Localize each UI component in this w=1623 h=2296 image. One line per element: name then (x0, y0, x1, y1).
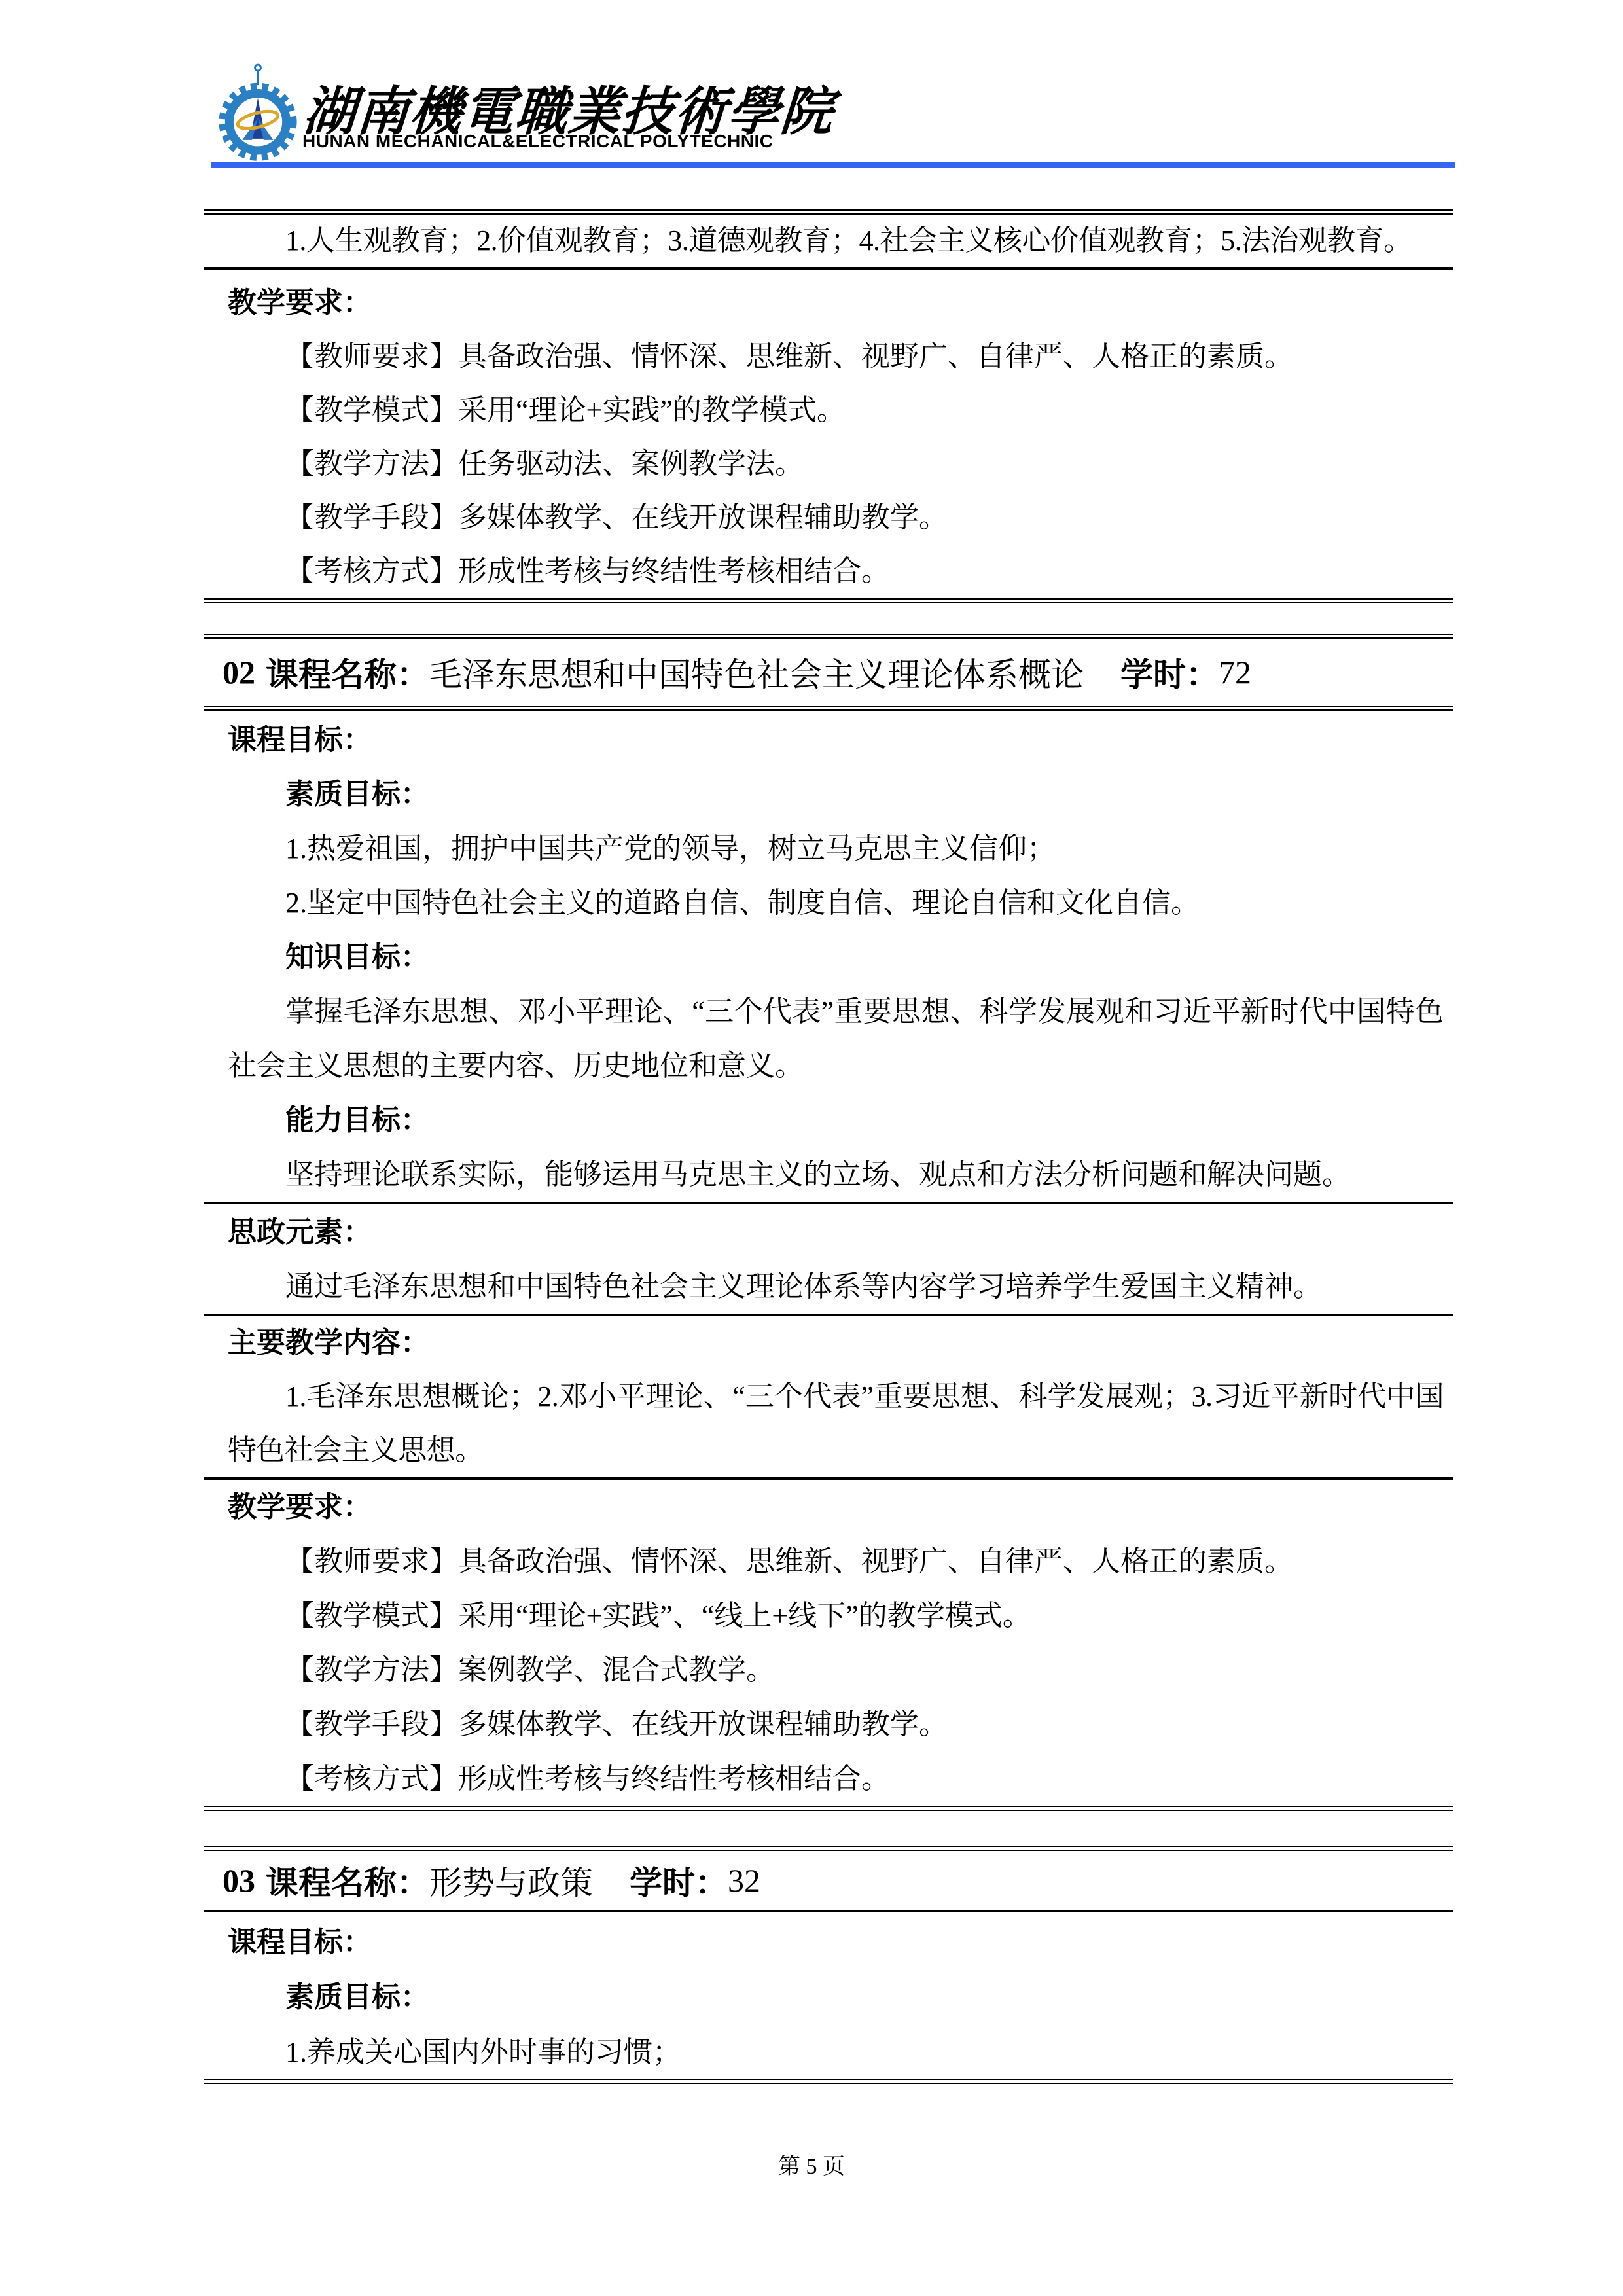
knowledge-goal-label: 知识目标： (228, 930, 1444, 984)
course-name: 形势与政策 (429, 1857, 593, 1904)
assessment-method-item: 【考核方式】形成性考核与终结性考核相结合。 (228, 1751, 1444, 1806)
teaching-requirements-label: 教学要求： (228, 1480, 1444, 1534)
course-number: 03 (223, 1861, 255, 1899)
course-01-teaching-requirements-row: 教学要求： 【教师要求】具备政治强、情怀深、思维新、视野广、自律严、人格正的素质… (204, 270, 1453, 598)
course-name: 毛泽东思想和中国特色社会主义理论体系概论 (429, 649, 1084, 696)
quality-goal-label: 素质目标： (228, 1970, 1444, 2025)
teaching-mode-item: 【教学模式】采用“理论+实践”的教学模式。 (228, 384, 1444, 437)
knowledge-goal-text: 掌握毛泽东思想、邓小平理论、“三个代表”重要思想、科学发展观和习近平新时代中国特… (228, 984, 1444, 1093)
course-02-goals-row: 课程目标： 素质目标： 1.热爱祖国，拥护中国共产党的领导，树立马克思主义信仰；… (204, 711, 1453, 1202)
main-content-label: 主要教学内容： (228, 1316, 1444, 1370)
row-divider (204, 706, 1453, 711)
course-number: 02 (223, 653, 255, 691)
course-hours-value: 32 (728, 1861, 760, 1899)
course-03-title-row: 03课程名称：形势与政策学时：32 (204, 1851, 1453, 1910)
assessment-method-item: 【考核方式】形成性考核与终结性考核相结合。 (228, 545, 1444, 598)
ideology-label: 思政元素： (228, 1205, 1444, 1259)
teacher-requirement-item: 【教师要求】具备政治强、情怀深、思维新、视野广、自律严、人格正的素质。 (228, 1534, 1444, 1588)
main-content-text: 1.毛泽东思想概论；2.邓小平理论、“三个代表”重要思想、科学发展观；3.习近平… (228, 1370, 1444, 1477)
section-divider (204, 1846, 1453, 1851)
course-02-main-content-row: 主要教学内容： 1.毛泽东思想概论；2.邓小平理论、“三个代表”重要思想、科学发… (204, 1316, 1453, 1477)
document-body: 1.人生观教育；2.价值观教育；3.道德观教育；4.社会主义核心价值观教育；5.… (204, 209, 1453, 2084)
course-01-content-list: 1.人生观教育；2.价值观教育；3.道德观教育；4.社会主义核心价值观教育；5.… (228, 224, 1412, 258)
course-02-ideology-row: 思政元素： 通过毛泽东思想和中国特色社会主义理论体系等内容学习培养学生爱国主义精… (204, 1204, 1453, 1314)
teaching-mode-item: 【教学模式】采用“理论+实践”、“线上+线下”的教学模式。 (228, 1588, 1444, 1643)
course-01-section: 1.人生观教育；2.价值观教育；3.道德观教育；4.社会主义核心价值观教育；5.… (204, 209, 1453, 603)
section-divider (204, 2079, 1453, 2084)
header-accent-bar (211, 162, 1455, 168)
school-name-english: HUNAN MECHANICAL&ELECTRICAL POLYTECHNIC (302, 131, 774, 152)
school-gear-tower-logo-icon (216, 62, 300, 162)
course-hours-value: 72 (1219, 653, 1251, 691)
teacher-requirement-item: 【教师要求】具备政治强、情怀深、思维新、视野广、自律严、人格正的素质。 (228, 330, 1444, 384)
course-name-label: 课程名称： (266, 649, 429, 696)
teaching-means-item: 【教学手段】多媒体教学、在线开放课程辅助教学。 (228, 491, 1444, 545)
course-02-title-row: 02课程名称：毛泽东思想和中国特色社会主义理论体系概论学时：72 (204, 639, 1453, 706)
quality-goal-item: 1.热爱祖国，拥护中国共产党的领导，树立马克思主义信仰； (228, 821, 1444, 876)
quality-goal-label: 素质目标： (228, 767, 1444, 821)
teaching-requirements-label: 教学要求： (228, 276, 1444, 330)
teaching-method-item: 【教学方法】任务驱动法、案例教学法。 (228, 437, 1444, 491)
ability-goal-label: 能力目标： (228, 1093, 1444, 1147)
course-02-section: 02课程名称：毛泽东思想和中国特色社会主义理论体系概论学时：72 课程目标： 素… (204, 634, 1453, 1811)
section-divider (204, 209, 1453, 215)
course-02-teaching-requirements-row: 教学要求： 【教师要求】具备政治强、情怀深、思维新、视野广、自律严、人格正的素质… (204, 1480, 1453, 1806)
teaching-means-item: 【教学手段】多媒体教学、在线开放课程辅助教学。 (228, 1697, 1444, 1751)
quality-goal-item: 2.坚定中国特色社会主义的道路自信、制度自信、理论自信和文化自信。 (228, 876, 1444, 930)
section-divider (204, 634, 1453, 639)
course-hours-label: 学时： (630, 1857, 728, 1904)
document-page: 湖南機電職業技術學院 HUNAN MECHANICAL&ELECTRICAL P… (0, 0, 1623, 2296)
section-divider (204, 598, 1453, 603)
course-01-main-content-row: 1.人生观教育；2.价值观教育；3.道德观教育；4.社会主义核心价值观教育；5.… (204, 215, 1453, 267)
course-03-goals-row: 课程目标： 素质目标： 1.养成关心国内外时事的习惯； (204, 1912, 1453, 2079)
course-goals-label: 课程目标： (228, 1915, 1444, 1970)
course-name-label: 课程名称： (266, 1857, 429, 1904)
teaching-method-item: 【教学方法】案例教学、混合式教学。 (228, 1643, 1444, 1697)
section-divider (204, 1806, 1453, 1811)
ability-goal-text: 坚持理论联系实际，能够运用马克思主义的立场、观点和方法分析问题和解决问题。 (228, 1147, 1444, 1202)
course-03-section: 03课程名称：形势与政策学时：32 课程目标： 素质目标： 1.养成关心国内外时… (204, 1846, 1453, 2084)
course-goals-label: 课程目标： (228, 713, 1444, 767)
quality-goal-item: 1.养成关心国内外时事的习惯； (228, 2025, 1444, 2079)
ideology-text: 通过毛泽东思想和中国特色社会主义理论体系等内容学习培养学生爱国主义精神。 (228, 1259, 1444, 1314)
course-hours-label: 学时： (1120, 649, 1219, 696)
page-number: 第 5 页 (0, 2148, 1623, 2180)
